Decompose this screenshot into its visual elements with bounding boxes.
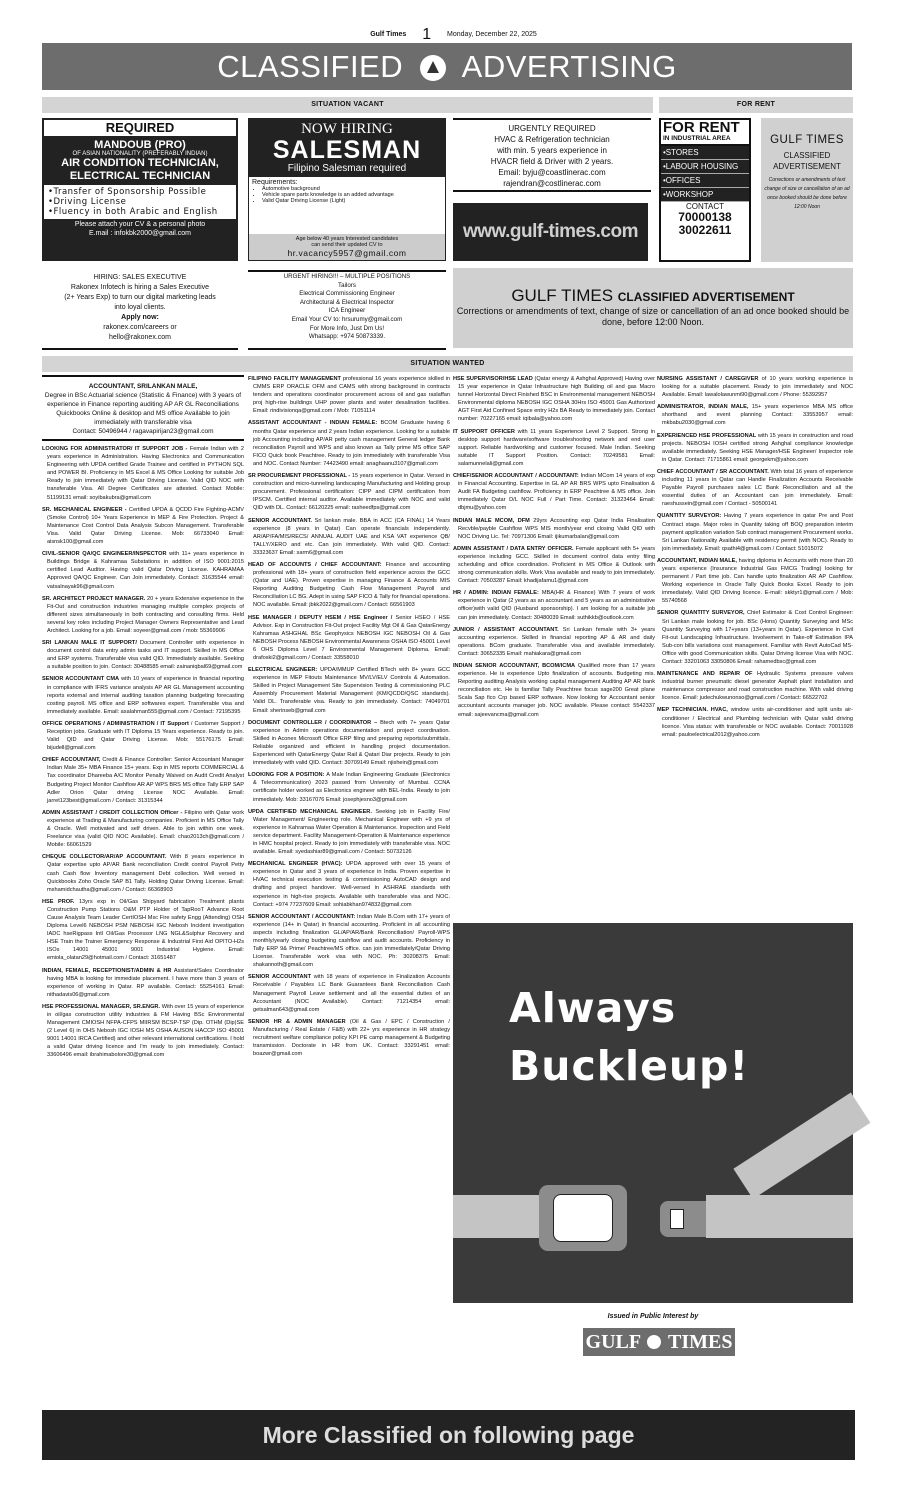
ad-email[interactable]: hello@rakonex.com — [42, 333, 238, 343]
ad-line: Electrical Commissioning Engineer — [248, 290, 446, 299]
gt-classified-notice-wide: GULF TIMES CLASSIFIED ADVERTISEMENT Corr… — [453, 268, 853, 348]
issue-date: Monday, December 22, 2025 — [447, 31, 537, 38]
notice-title: CLASSIFIED ADVERTISEMENT — [618, 290, 795, 304]
listing: NURSING ASSISTANT / CAREGIVER of 10 year… — [657, 375, 853, 399]
psa-line: Buckleup! — [509, 1037, 749, 1095]
ad-line: Tailors — [248, 282, 446, 291]
masthead: Gulf Times 1 Monday, December 22, 2025 — [0, 26, 907, 44]
ad-line: (2+ Years Exp) to turn our digital marke… — [42, 293, 238, 303]
listing: SR. ARCHITECT PROJECT MANAGER. 20 + year… — [42, 595, 244, 635]
ad-line: with min. 5 years experience in — [453, 145, 651, 156]
dhow-boat-icon — [420, 55, 446, 81]
ad-email[interactable]: E.mail : infokbk2000@gmail.com — [42, 230, 238, 237]
rent-item: •STORES — [661, 146, 749, 160]
section-situation-wanted: SITUATION WANTED — [42, 356, 853, 372]
ad-heading: REQUIRED — [44, 120, 236, 136]
ad-now-hiring-salesman: NOW HIRING SALESMAN Filipino Salesman re… — [248, 118, 446, 261]
bullet: •Fluency in both Arabic and English — [48, 207, 232, 217]
listing: HSE PROFESSIONAL MANAGER, SR.ENGR. With … — [42, 1003, 244, 1060]
listing: SENIOR QUANTITY SURVEYOR, Chief Estimato… — [657, 609, 853, 666]
logo-text: TIMES — [668, 1331, 732, 1353]
listing: CHIEF ACCOUNTANT, Credit & Finance Contr… — [42, 756, 244, 805]
listing: CIVIL-SENIOR QA/QC ENGINEER/INSPECTOR wi… — [42, 550, 244, 590]
notice-text: Corrections or amendments of text change… — [761, 176, 853, 212]
wanted-column-2: FILIPINO FACILITY MANAGEMENT professiona… — [248, 375, 450, 1062]
website-banner[interactable]: www.gulf-times.com — [453, 203, 648, 261]
psa-headline: Always Buckleup! — [509, 979, 749, 1095]
issued-by-label: Issued in Public Interest by — [453, 1313, 853, 1320]
listing: HR / ADMIN: INDIAN FEMALE: MBA(HR & Fina… — [453, 589, 655, 621]
wanted-column-1: ACCOUNTANT, SRILANKAN MALE, Degree in BS… — [42, 375, 244, 1064]
ad-line: HVAC & Refrigeration technician — [453, 134, 651, 145]
listing: SENIOR ACCOUNTANT. Sri lankan male. BBA … — [248, 517, 450, 557]
listing: LOOKING FOR A POSITION: A Male Indian En… — [248, 771, 450, 803]
logo-text: GULF — [586, 1331, 641, 1353]
listing: SR PROCUREMENT PROFESSIONAL - 15 years e… — [248, 472, 450, 512]
listing: ASSISTANT ACCOUNTANT - INDIAN FEMALE: BC… — [248, 419, 450, 468]
rent-item: •LABOUR HOUSING — [661, 160, 749, 174]
ad-line: ICA Engineer — [248, 307, 446, 316]
ad-hvac-urgent: URGENTLY REQUIRED HVAC & Refrigeration t… — [453, 118, 651, 192]
ad-phone[interactable]: Whatsapp: +974 50873339. — [248, 333, 446, 342]
gulf-times-logo: GULF TIMES — [583, 1328, 735, 1356]
listing: HEAD OF ACCOUNTS / CHIEF ACCOUNTANT: Fin… — [248, 561, 450, 610]
gt-classified-notice-small: GULF TIMES CLASSIFIED ADVERTISEMENT Corr… — [761, 118, 853, 262]
banner-left-text: CLASSIFIED — [217, 49, 403, 84]
ad-urgent-multiple: URGENT HIRING!!! – MULTIPLE POSITIONS Ta… — [248, 270, 446, 350]
listing: JUNIOR / ASSISTANT ACCOUNTANT. Sri Lanka… — [453, 626, 655, 658]
listing: INDIAN SENIOR ACCOUNTANT, BCOM/ICMA Qual… — [453, 662, 655, 719]
classified-banner: CLASSIFIED ADVERTISING — [42, 43, 852, 90]
listing-text: Degree in BSc Actuarial science (Statist… — [42, 391, 244, 427]
seatbelt-strap-icon — [706, 1195, 853, 1238]
listing: SRI LANKAN MALE IT SUPPORT/ Document Con… — [42, 639, 244, 671]
listing: HSE PROF. 13yrs exp in Oil/Gas Shipyard … — [42, 898, 244, 963]
listing: ADMIN ASSISTANT / CREDIT COLLECTION Offi… — [42, 809, 244, 849]
ad-line: HVACR field & Driver with 2 years. — [453, 156, 651, 167]
page-number: 1 — [422, 26, 431, 43]
ad-line: URGENTLY REQUIRED — [453, 123, 651, 134]
listing: MEP TECHNICIAN. HVAC, window units air-c… — [657, 706, 853, 738]
seatbelt-strap-icon — [453, 1195, 543, 1238]
listing: HSE SUPERVISOR/HSE LEAD (Qatar energy & … — [453, 375, 655, 424]
featured-listing: ACCOUNTANT, SRILANKAN MALE, Degree in BS… — [42, 375, 244, 441]
listing: CHIEF ACCOUNTANT / SR ACCOUNTANT. With t… — [657, 468, 853, 508]
listing: MECHANICAL ENGINEER (HVAC): UPDA approve… — [248, 860, 450, 909]
notice-title: CLASSIFIED — [761, 150, 853, 161]
listing: UPDA CERTIFIED MECHANICAL ENGINEER. Seek… — [248, 808, 450, 857]
seatbelt-shoulder-strap-icon — [733, 1093, 870, 1199]
listing: SENIOR ACCOUNTANT CMA with 10 years of e… — [42, 675, 244, 715]
rent-item: •WORKSHOP — [661, 188, 749, 202]
ad-subtitle: Filipino Salesman required — [249, 163, 445, 174]
ad-position: ELECTRICAL TECHNICIAN — [42, 170, 238, 183]
brand: GULF TIMES — [511, 286, 613, 305]
ad-title: SALESMAN — [249, 138, 445, 163]
listing: ADMIN ASSISTANT / DATA ENTRY OFFICER. Fe… — [453, 545, 655, 585]
publication-name: Gulf Times — [370, 31, 406, 38]
seatbelt-buckle-icon — [539, 1185, 627, 1251]
requirement: Valid Qatar Driving License (Light) — [262, 198, 442, 204]
more-classified-banner: More Classified on following page — [42, 1410, 855, 1460]
listing: SR. MECHANICAL ENGINEER - Certified UPDA… — [42, 506, 244, 546]
ad-rakonex: HIRING: SALES EXECUTIVE Rakonex Infotech… — [42, 270, 238, 350]
ad-line: into loyal clients. — [42, 303, 238, 313]
dhow-boat-icon — [647, 1335, 661, 1349]
listing: CHIEF/SENIOR ACCOUNTANT / ACCOUNTANT: In… — [453, 472, 655, 512]
listing: OFFICE OPERATIONS / ADMINISTRATION / IT … — [42, 720, 244, 752]
listing-heading: ACCOUNTANT, SRILANKAN MALE, — [42, 382, 244, 391]
ad-email[interactable]: rajendran@costlinerac.com — [453, 178, 651, 189]
ad-email[interactable]: hr.vacancy5957@gmail.com — [251, 248, 443, 258]
ad-line: Architectural & Electrical Inspector — [248, 299, 446, 308]
listing: ELECTRICAL ENGINEER: UPDA/MMUP Certified… — [248, 666, 450, 715]
psa-buckle-up: Always Buckleup! — [453, 923, 853, 1303]
ad-subtitle: IN INDUSTRIAL AREA — [661, 135, 749, 146]
listing: ACCOUNTANT, INDIAN MALE, having diploma … — [657, 557, 853, 606]
listing: SENIOR ACCOUNTANT / ACCOUNTANT: Indian M… — [248, 913, 450, 970]
ad-title: MANDOUB (PRO) — [42, 139, 238, 151]
notice-title: ADVERTISEMENT — [761, 161, 853, 172]
listing: DOCUMENT CONTROLLER / COORDINATOR – Btec… — [248, 719, 450, 768]
listing: SENIOR ACCOUNTANT with 18 years of exper… — [248, 973, 450, 1013]
listing: IT SUPPORT OFFICER with 11 years Experie… — [453, 428, 655, 468]
wanted-column-3: HSE SUPERVISOR/HSE LEAD (Qatar energy & … — [453, 375, 655, 723]
ad-email[interactable]: Email: byju@coastlinerac.com — [453, 167, 651, 178]
ad-line: Rakonex Infotech is hiring a Sales Execu… — [42, 283, 238, 293]
psa-line: Always — [509, 979, 749, 1037]
ad-footer: Please attach your CV & a personal photo — [42, 221, 238, 228]
requirements-label: Requirements: — [252, 179, 442, 186]
contact-phone[interactable]: 30022611 — [661, 224, 749, 237]
ad-line: Apply now: — [42, 313, 238, 323]
rent-item: •OFFICES — [661, 174, 749, 188]
ad-for-rent: FOR RENT IN INDUSTRIAL AREA •STORES •LAB… — [659, 118, 751, 262]
listing: LOOKING FOR ADMINISTRATOR/ IT SUPPORT JO… — [42, 445, 244, 502]
brand: GULF TIMES — [761, 134, 853, 146]
listing: QUANTITY SURVEYOR: Having 7 years experi… — [657, 512, 853, 552]
listing: INDIAN MALE MCOM, DFM 29yrs Accounting e… — [453, 517, 655, 541]
seatbelt-tongue-icon — [660, 1201, 706, 1237]
ad-line: URGENT HIRING!!! – MULTIPLE POSITIONS — [248, 273, 446, 282]
ad-required-mandoub: REQUIRED MANDOUB (PRO) OF ASIAN NATIONAL… — [42, 118, 238, 261]
ad-title: FOR RENT — [661, 120, 749, 135]
wanted-column-4: NURSING ASSISTANT / CAREGIVER of 10 year… — [657, 375, 853, 743]
listing: ADMINISTRATOR, INDIAN MALE, 15+ years ex… — [657, 403, 853, 427]
listing: SENIOR HR & ADMIN MANAGER (Oil & Gas / E… — [248, 1018, 450, 1058]
listing: INDIAN, FEMALE, RECEPTIONIST/ADMIN & HR … — [42, 967, 244, 999]
section-situation-vacant: SITUATION VACANT — [42, 97, 653, 113]
section-for-rent: FOR RENT — [659, 97, 853, 113]
listing: FILIPINO FACILITY MANAGEMENT professiona… — [248, 375, 450, 415]
ad-bullets: •Transfer of Sponsorship Possible •Drivi… — [44, 185, 236, 219]
listing: MAINTENANCE AND REPAIR OF Hydraulic Syst… — [657, 670, 853, 702]
bullet: •Transfer of Sponsorship Possible — [48, 187, 232, 197]
ad-position: AIR CONDITION TECHNICIAN, — [42, 157, 238, 170]
listing: CHEQUE COLLECTOR/AR/AP ACCOUNTANT. With … — [42, 853, 244, 893]
ad-link[interactable]: rakonex.com/careers or — [42, 323, 238, 333]
ad-line: For More Info, Just Dm Us! — [248, 325, 446, 334]
listing-contact: Contact: 50496944 / ragavapirijan23@gmai… — [42, 427, 244, 436]
banner-right-text: ADVERTISING — [462, 49, 677, 84]
listing: HSE MANAGER / DEPUTY HSEM / HSE Engineer… — [248, 614, 450, 663]
listing: EXPERIENCED HSE PROFESSIONAL with 15 yea… — [657, 432, 853, 464]
ad-email[interactable]: Email Your CV to: hrsurumy@gmail.com — [248, 316, 446, 325]
notice-text: Corrections or amendments of text, chang… — [453, 306, 853, 328]
bullet: •Driving License — [48, 197, 232, 207]
ad-line: HIRING: SALES EXECUTIVE — [42, 273, 238, 283]
